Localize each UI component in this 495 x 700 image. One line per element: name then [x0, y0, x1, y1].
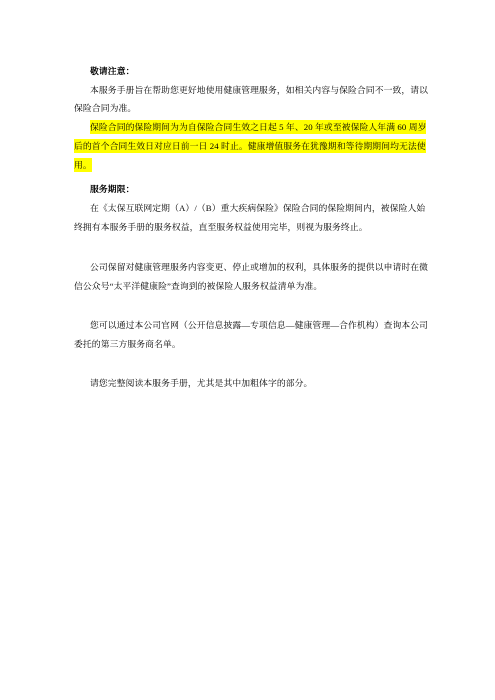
document-line: 公司保留对健康管理服务内容变更、停止或增加的权利，具体服务的提供以申请时在微: [90, 260, 428, 274]
document-page: 敬请注意：本服务手册旨在帮助您更好地使用健康管理服务，如相关内容与保险合同不一致…: [0, 0, 495, 700]
document-line: 保险合同为准。: [74, 101, 136, 115]
highlighted-text-line: 保险合同的保险期间为为自保险合同生效之日起 5 年、20 年或至被保险人年满 6…: [90, 120, 426, 134]
section-heading: 服务期限：: [90, 182, 135, 196]
document-line: 本服务手册旨在帮助您更好地使用健康管理服务，如相关内容与保险合同不一致，请以: [90, 83, 428, 97]
document-line: 请您完整阅读本服务手册，尤其是其中加粗体字的部分。: [90, 376, 312, 390]
document-line: 在《太保互联网定期（A）/（B）重大疾病保险》保险合同的保险期间内，被保险人始: [90, 201, 425, 215]
document-line: 委托的第三方服务商名单。: [74, 337, 181, 351]
document-line: 您可以通过本公司官网（公开信息披露—专项信息—健康管理—合作机构）查询本公司: [90, 318, 428, 332]
document-line: 信公众号“太平洋健康险”查询到的被保险人服务权益清单为准。: [74, 279, 322, 293]
highlighted-text-line: 用。: [74, 158, 92, 172]
highlighted-text-line: 后的首个合同生效日对应日前一日 24 时止。健康增值服务在犹豫期和等待期期间均无…: [74, 139, 426, 153]
document-line: 终拥有本服务手册的服务权益，直至服务权益使用完毕，则视为服务终止。: [74, 220, 368, 234]
section-heading: 敬请注意：: [90, 64, 135, 78]
